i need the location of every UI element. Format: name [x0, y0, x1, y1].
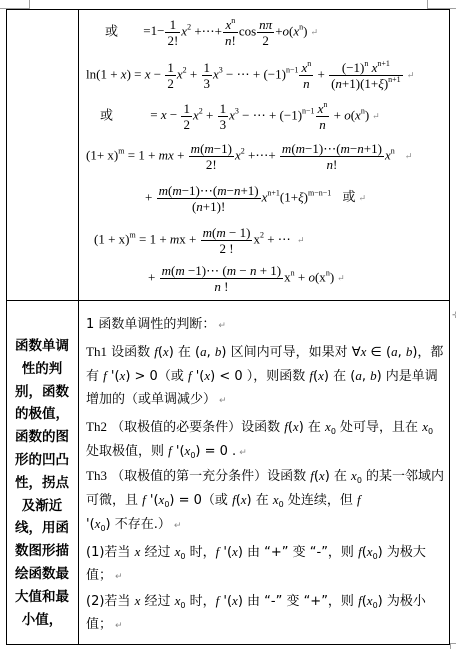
row-divider	[6, 300, 450, 301]
case-1-maximum: (1)若当 x 经过 x0 时，f '(x) 由 “+” 变 “-”，则 f(x…	[86, 540, 446, 589]
theorem-3: Th3 （取极值的第一充分条件）设函数 f(x) 在 x0 的某一邻域内可微，且…	[86, 464, 446, 538]
formula-binom-lagrange-2: + m(m−1)⋯(m−n+1)(n+1)!xn+1(1+ξ)m−n−1 或↵	[145, 183, 366, 214]
theorem-1: Th1 设函数 f(x) 在 (a, b) 区间内可导，如果对 ∀x ∈ (a,…	[86, 340, 446, 413]
formula-binom-peano-2: + m(m −1)⋯ (m − n + 1)n !xn + o(xn)↵	[148, 263, 345, 294]
heading-monotonicity: 1 函数单调性的判断：↵	[86, 313, 446, 338]
page-corner-mark	[29, 0, 30, 8]
table-move-handle-icon[interactable]: ✛	[452, 310, 456, 321]
formula-binom-peano-1: (1 + x)m = 1 + mx + m(m − 1)2 !x2 + ⋯ ↵	[94, 225, 305, 256]
formula-binom-lagrange-1: (1+ x)m = 1 + mx + m(m−1)2!x2 +⋯+ m(m−1)…	[86, 141, 412, 172]
formula-ln-lagrange: ln(1 + x) = x − 12x2 + 13x3 − ⋯ + (−1)n−…	[86, 60, 414, 91]
theorem-2: Th2 （取极值的必要条件）设函数 f(x) 在 x0 处可导，且在 x0 处取…	[86, 415, 446, 465]
formula-cos-or: 或 =1−12!x2 +⋯+xnn!cosnπ2+o(xn)↵	[105, 17, 318, 48]
section-title: 函数单调 性的判 别，函数 的极值， 函数的图 形的凹凸 性，拐点 及渐近 线，…	[8, 335, 76, 631]
page-corner-mark	[427, 0, 428, 8]
formula-ln-peano: 或 = x − 12x2 + 13x3 − ⋯ + (−1)n−1xnn + o…	[100, 101, 380, 132]
case-2-minimum: (2)若当 x 经过 x0 时，f '(x) 由 “-” 变 “+”，则 f(x…	[86, 589, 446, 638]
page-corner-mark	[450, 643, 456, 649]
column-divider	[78, 9, 79, 645]
